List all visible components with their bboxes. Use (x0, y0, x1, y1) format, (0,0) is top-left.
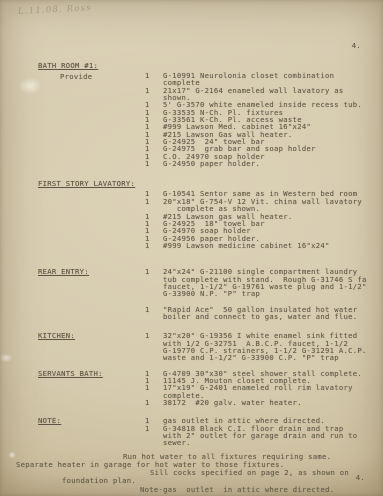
desc-cell: 24"x24" G-21100 single compartment laund… (163, 268, 367, 297)
section-bathroom1: BATH ROOM #1:Provide1G-10991 Neurolonia … (0, 62, 383, 167)
scanned-document-page: L.11.08. Ross 4. BATH ROOM #1:Provide1G-… (0, 0, 383, 496)
desc-cell: 38172 #20 galv. water heater. (163, 399, 302, 406)
section-title: REAR ENTRY: (38, 268, 89, 275)
spec-row: 1G-34818 Black C.I. floor drain and trap… (145, 425, 371, 447)
desc-cell: "Rapid Ace" 50 gallon insulated hot wate… (163, 306, 357, 321)
spec-row: 1#999 Lawson medicine cabinet 16"x24" (145, 242, 371, 249)
spec-row: 124"x24" G-21100 single compartment laun… (145, 268, 371, 297)
qty-cell: 1 (145, 332, 163, 361)
section-title: KITCHEN: (38, 332, 75, 339)
spec-row: 1"Rapid Ace" 50 gallon insulated hot wat… (145, 306, 371, 321)
document-body: BATH ROOM #1:Provide1G-10991 Neurolonia … (0, 58, 383, 494)
desc-cell: #999 Lawson medicine cabinet 16"x24" (163, 242, 330, 249)
qty-cell: 1 (145, 425, 163, 447)
closing-line: Sill cocks specified on page 2, as shown… (150, 469, 383, 477)
section-list: BATH ROOM #1:Provide1G-10991 Neurolonia … (0, 62, 383, 447)
item-list: 1G-4709 30"x30" steel shower stall compl… (145, 370, 371, 407)
item-list: 1gas outlet in attic where directed.1G-3… (145, 417, 371, 446)
section-kitchen: KITCHEN:132"x20" G-19356 I white enamel … (0, 332, 383, 361)
spec-row: 117"x19" G-2401 enameled roll rim lavato… (145, 384, 371, 399)
desc-cell: 20"x18" G-754-V 12 Vit. china wall lavat… (163, 198, 362, 213)
spec-row: 1G-10991 Neurolonia closet combination c… (145, 72, 371, 87)
desc-cell: G-24950 paper holder. (163, 160, 260, 167)
section-title: FIRST STORY LAVATORY: (38, 180, 135, 187)
qty-cell: 1 (145, 242, 163, 249)
desc-cell: 32"x20" G-19356 I white enamel sink fitt… (163, 332, 367, 361)
provide-label: Provide (60, 73, 92, 80)
handwritten-note: L.11.08. Ross (18, 5, 92, 16)
section-title: NOTE: (38, 417, 61, 424)
section-servants: SERVANTS BATH:1G-4709 30"x30" steel show… (0, 370, 383, 407)
section-title: BATH ROOM #1: (38, 62, 98, 69)
item-list: 124"x24" G-21100 single compartment laun… (145, 268, 371, 320)
desc-cell: 21x17" G-2164 enameled wall lavatory as … (163, 87, 371, 102)
spec-row: 120"x18" G-754-V 12 Vit. china wall lava… (145, 198, 371, 213)
closing-line: Note-gas outlet in attic where directed. (140, 486, 383, 494)
spec-row: 138172 #20 galv. water heater. (145, 399, 371, 406)
qty-cell: 1 (145, 399, 163, 406)
item-list: 132"x20" G-19356 I white enamel sink fit… (145, 332, 371, 361)
page-number-top: 4. (352, 42, 361, 49)
qty-cell: 1 (145, 384, 163, 399)
closing-notes: Run hot water to all fixtures requiring … (0, 453, 383, 494)
qty-cell: 1 (145, 160, 163, 167)
spec-row: 1G-24950 paper holder. (145, 160, 371, 167)
section-title: SERVANTS BATH: (38, 370, 103, 377)
desc-cell: G-10991 Neurolonia closet combination co… (163, 72, 371, 87)
desc-cell: 17"x19" G-2401 enameled roll rim lavator… (163, 384, 353, 399)
desc-cell: G-34818 Black C.I. floor drain and trap … (163, 425, 357, 447)
qty-cell: 1 (145, 306, 163, 321)
section-note: NOTE:1gas outlet in attic where directed… (0, 417, 383, 446)
spec-row: 132"x20" G-19356 I white enamel sink fit… (145, 332, 371, 361)
item-list: 1G-10991 Neurolonia closet combination c… (145, 62, 371, 167)
section-lavatory: FIRST STORY LAVATORY:1G-10541 Sentor sam… (0, 180, 383, 249)
section-rear: REAR ENTRY:124"x24" G-21100 single compa… (0, 268, 383, 320)
qty-cell: 1 (145, 72, 163, 87)
spec-row: 121x17" G-2164 enameled wall lavatory as… (145, 87, 371, 102)
qty-cell: 1 (145, 198, 163, 213)
page-number-bottom: 4. (356, 474, 365, 481)
qty-cell: 1 (145, 268, 163, 297)
item-list: 1G-10541 Sentor same as in Western bed r… (145, 180, 371, 249)
qty-cell: 1 (145, 87, 163, 102)
